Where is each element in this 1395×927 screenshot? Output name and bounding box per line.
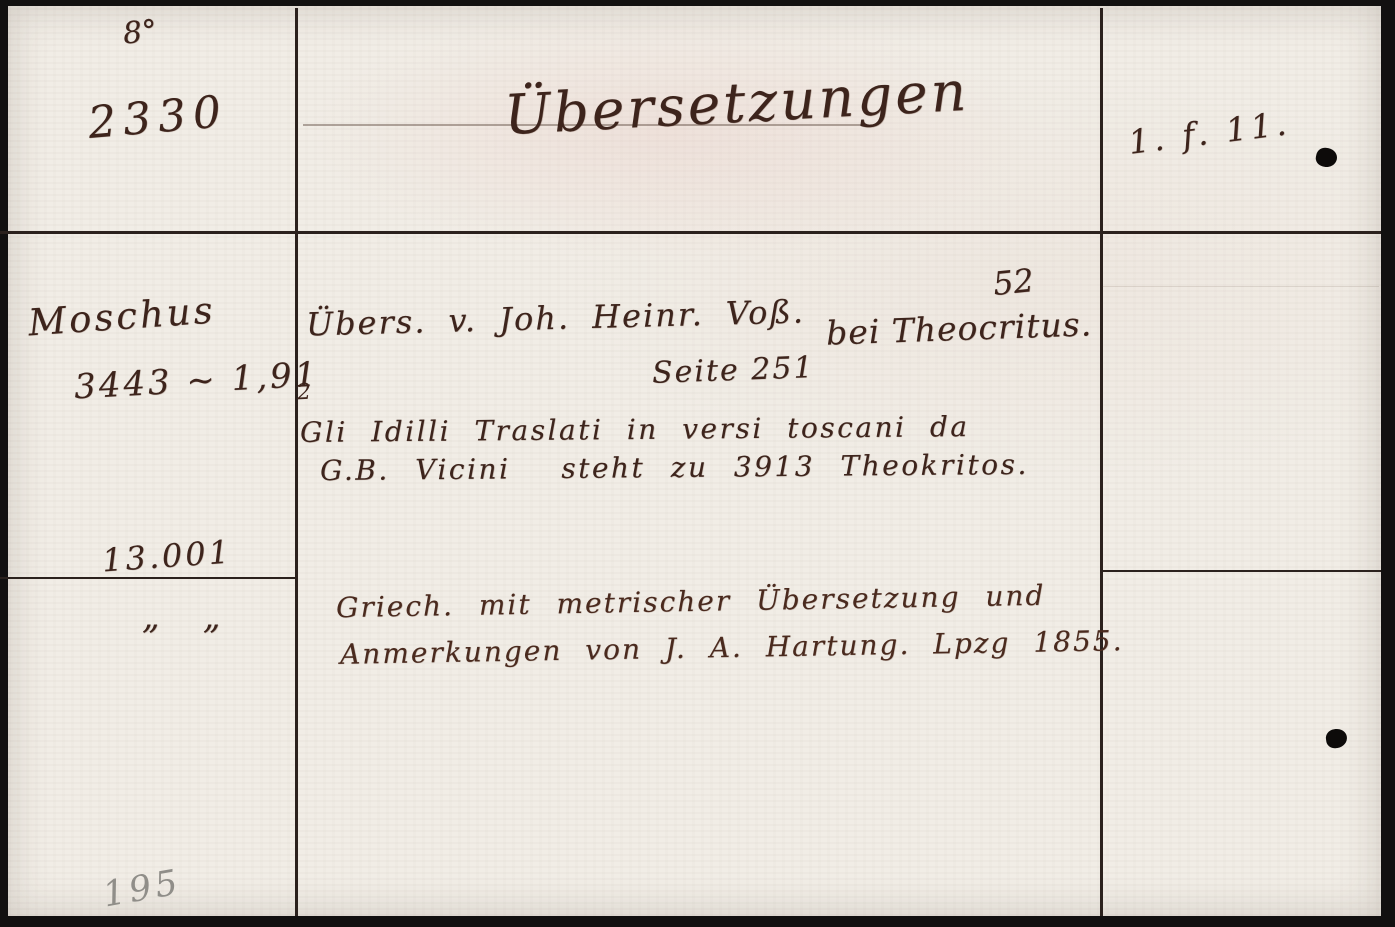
entry-italian-title-line2: G.B. Vicini steht zu 3913 Theokritos.: [320, 451, 1029, 485]
right-column-divider-rule: [1100, 8, 1103, 916]
header-horizontal-rule: [0, 231, 1381, 234]
left-column-divider-rule: [295, 8, 298, 916]
left-column-horizontal-rule: [0, 577, 296, 579]
right-column-horizontal-rule: [1102, 570, 1381, 572]
ditto-marks: „ „: [142, 600, 220, 634]
catalog-number-superscript: 2: [296, 382, 311, 405]
entry-reference-line: bei Theocritus.: [826, 307, 1093, 349]
scanned-catalog-card: 8° 2330 Übersetzungen 1. f. 11. Moschus …: [0, 0, 1395, 927]
paper-crease-line: [1102, 286, 1379, 287]
entry-italian-title-line1: Gli Idilli Traslati in versi toscani da: [300, 413, 970, 447]
entry-annotation-number: 52: [991, 264, 1035, 300]
format-mark: 8°: [122, 16, 159, 49]
shelf-number: 2330: [86, 90, 229, 146]
accession-number: 13.001: [101, 536, 233, 577]
entry-page-reference: Seite 251: [652, 353, 815, 389]
